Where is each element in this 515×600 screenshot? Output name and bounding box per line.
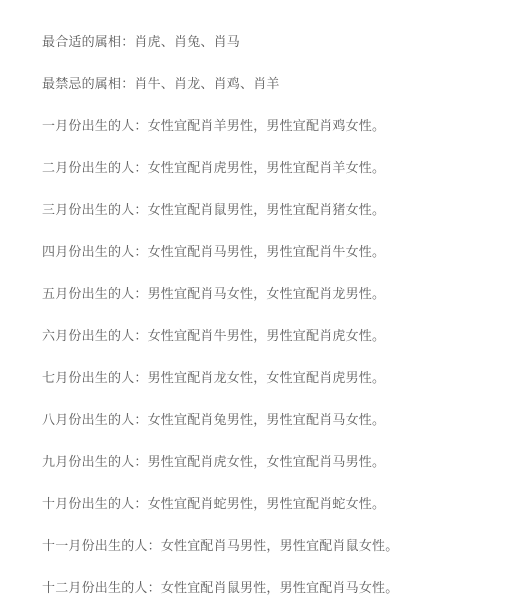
best-zodiac-value: 肖虎、肖兔、肖马: [134, 35, 240, 50]
month-label: 六月份出生的人：: [42, 329, 148, 344]
month-label: 五月份出生的人：: [42, 287, 148, 302]
month-line-february: 二月份出生的人：女性宜配肖虎男性，男性宜配肖羊女性。: [42, 161, 385, 177]
month-line-december: 十二月份出生的人：女性宜配肖鼠男性，男性宜配肖马女性。: [42, 581, 398, 597]
month-label: 八月份出生的人：: [42, 413, 148, 428]
month-line-june: 六月份出生的人：女性宜配肖牛男性，男性宜配肖虎女性。: [42, 329, 385, 345]
month-label: 十一月份出生的人：: [42, 539, 161, 554]
month-label: 七月份出生的人：: [42, 371, 148, 386]
worst-zodiac-value: 肖牛、肖龙、肖鸡、肖羊: [134, 77, 279, 92]
worst-zodiac-line: 最禁忌的属相：肖牛、肖龙、肖鸡、肖羊: [42, 77, 280, 93]
month-label: 四月份出生的人：: [42, 245, 148, 260]
month-text: 女性宜配肖蛇男性，男性宜配肖蛇女性。: [148, 497, 386, 512]
month-label: 九月份出生的人：: [42, 455, 148, 470]
month-label: 十二月份出生的人：: [42, 581, 161, 596]
month-text: 女性宜配肖马男性，男性宜配肖鼠女性。: [161, 539, 399, 554]
worst-zodiac-label: 最禁忌的属相：: [42, 77, 134, 92]
month-line-september: 九月份出生的人：男性宜配肖虎女性，女性宜配肖马男性。: [42, 455, 385, 471]
month-text: 女性宜配肖兔男性，男性宜配肖马女性。: [148, 413, 386, 428]
month-label: 十月份出生的人：: [42, 497, 148, 512]
month-text: 男性宜配肖马女性，女性宜配肖龙男性。: [148, 287, 386, 302]
month-label: 二月份出生的人：: [42, 161, 148, 176]
month-text: 男性宜配肖虎女性，女性宜配肖马男性。: [148, 455, 386, 470]
best-zodiac-label: 最合适的属相：: [42, 35, 134, 50]
month-text: 女性宜配肖牛男性，男性宜配肖虎女性。: [148, 329, 386, 344]
month-line-november: 十一月份出生的人：女性宜配肖马男性，男性宜配肖鼠女性。: [42, 539, 398, 555]
month-label: 一月份出生的人：: [42, 119, 148, 134]
month-line-april: 四月份出生的人：女性宜配肖马男性，男性宜配肖牛女性。: [42, 245, 385, 261]
month-line-august: 八月份出生的人：女性宜配肖兔男性，男性宜配肖马女性。: [42, 413, 385, 429]
month-line-july: 七月份出生的人：男性宜配肖龙女性，女性宜配肖虎男性。: [42, 371, 385, 387]
month-text: 男性宜配肖龙女性，女性宜配肖虎男性。: [148, 371, 386, 386]
month-text: 女性宜配肖虎男性，男性宜配肖羊女性。: [148, 161, 386, 176]
month-line-january: 一月份出生的人：女性宜配肖羊男性，男性宜配肖鸡女性。: [42, 119, 385, 135]
month-text: 女性宜配肖羊男性，男性宜配肖鸡女性。: [148, 119, 386, 134]
month-text: 女性宜配肖马男性，男性宜配肖牛女性。: [148, 245, 386, 260]
best-zodiac-line: 最合适的属相：肖虎、肖兔、肖马: [42, 35, 240, 51]
month-line-may: 五月份出生的人：男性宜配肖马女性，女性宜配肖龙男性。: [42, 287, 385, 303]
month-label: 三月份出生的人：: [42, 203, 148, 218]
month-line-march: 三月份出生的人：女性宜配肖鼠男性，男性宜配肖猪女性。: [42, 203, 385, 219]
month-text: 女性宜配肖鼠男性，男性宜配肖猪女性。: [148, 203, 386, 218]
month-text: 女性宜配肖鼠男性，男性宜配肖马女性。: [161, 581, 399, 596]
month-line-october: 十月份出生的人：女性宜配肖蛇男性，男性宜配肖蛇女性。: [42, 497, 385, 513]
